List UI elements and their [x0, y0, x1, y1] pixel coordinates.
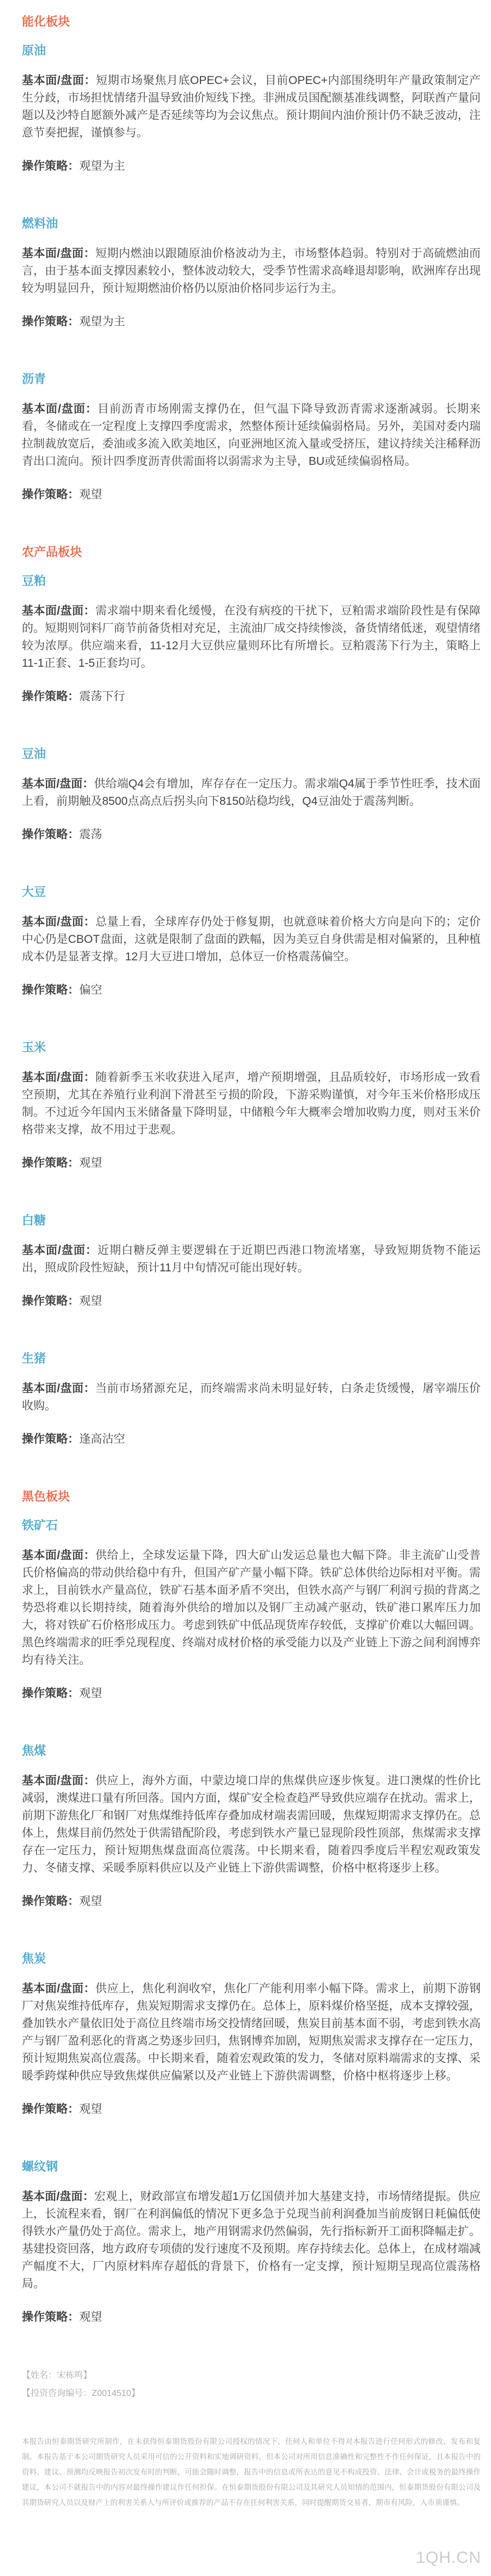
fundamentals-paragraph: 基本面/盘面：随着新季玉米收获进入尾声，增产预期增强，且品质较好，市场形成一致看… [22, 1069, 481, 1139]
author-block: 【姓名：宋栋鸣】 【投资咨询编号：Z0014510】 [22, 2366, 481, 2402]
strategy-value: 观望 [79, 1295, 102, 1307]
report-sections: 能化板块原油基本面/盘面：短期市场聚焦月底OPEC+会议，目前OPEC+内部围绕… [22, 14, 481, 2326]
strategy-line: 操作策略：观望 [22, 1893, 481, 1910]
strategy-label: 操作策略： [22, 690, 79, 703]
strategy-value: 震荡下行 [79, 690, 125, 703]
strategy-label: 操作策略： [22, 1295, 79, 1307]
strategy-line: 操作策略：震荡下行 [22, 688, 481, 706]
strategy-label: 操作策略： [22, 1157, 79, 1169]
fundamentals-paragraph: 基本面/盘面：供应上，焦化利润收窄，焦化厂产能利用率小幅下降。需求上，前期下游钢… [22, 1980, 481, 2085]
strategy-line: 操作策略：观望 [22, 2101, 481, 2118]
sector-block: 农产品板块豆粕基本面/盘面：需求端中期来看化缓慢，在没有病疫的干扰下，豆粕需求端… [22, 544, 481, 1448]
strategy-value: 逢高沽空 [79, 1433, 125, 1445]
strategy-line: 操作策略：观望为主 [22, 158, 481, 175]
strategy-value: 偏空 [79, 984, 102, 996]
commodity-title: 燃料油 [22, 216, 481, 232]
commodity-title: 大豆 [22, 884, 481, 900]
fundamentals-text: 宏观上，财政部宣布增发超1万亿国债并加大基建支持，市场情绪提振。供应上，长流程来… [22, 2190, 481, 2290]
commodity-title: 螺纹钢 [22, 2159, 481, 2175]
commodity-title: 焦煤 [22, 1743, 481, 1759]
fundamentals-paragraph: 基本面/盘面：近期白糖反弹主要逻辑在于近期巴西港口物流堵塞，导致短期货物不能运出… [22, 1242, 481, 1277]
fundamentals-label: 基本面/盘面： [22, 778, 94, 790]
commodity-title: 豆油 [22, 746, 481, 762]
strategy-line: 操作策略：观望 [22, 486, 481, 504]
commodity-title: 沥青 [22, 371, 481, 387]
strategy-label: 操作策略： [22, 315, 79, 328]
strategy-line: 操作策略：偏空 [22, 982, 481, 999]
strategy-value: 震荡 [79, 828, 102, 841]
commodity-title: 白糖 [22, 1212, 481, 1229]
strategy-line: 操作策略：观望为主 [22, 313, 481, 331]
license-number: 【投资咨询编号：Z0014510】 [22, 2384, 481, 2402]
fundamentals-label: 基本面/盘面： [22, 1982, 96, 1995]
strategy-line: 操作策略：逢高沽空 [22, 1431, 481, 1448]
commodity-title: 焦炭 [22, 1951, 481, 1967]
fundamentals-paragraph: 基本面/盘面：供给上，全球发运量下降，四大矿山发运总量也大幅下降。非主流矿山受普… [22, 1547, 481, 1669]
disclaimer-text: 本报告由恒泰期货研究所制作，在未获得恒泰期货股份有限公司授权的情况下，任何人和单… [22, 2434, 481, 2527]
strategy-value: 观望 [79, 2103, 102, 2115]
fundamentals-label: 基本面/盘面： [22, 403, 98, 415]
sector-block: 能化板块原油基本面/盘面：短期市场聚焦月底OPEC+会议，目前OPEC+内部围绕… [22, 14, 481, 504]
sector-title: 能化板块 [22, 14, 481, 30]
fundamentals-label: 基本面/盘面： [22, 1071, 96, 1084]
fundamentals-label: 基本面/盘面： [22, 74, 96, 87]
strategy-label: 操作策略： [22, 1895, 79, 1908]
fundamentals-paragraph: 基本面/盘面：总量上看，全球库存仍处于修复期，也就意味着价格大方向是向下的；定价… [22, 913, 481, 966]
strategy-label: 操作策略： [22, 2103, 79, 2115]
fundamentals-paragraph: 基本面/盘面：宏观上，财政部宣布增发超1万亿国债并加大基建支持，市场情绪提振。供… [22, 2188, 481, 2293]
fundamentals-label: 基本面/盘面： [22, 1774, 96, 1787]
strategy-value: 观望为主 [79, 315, 125, 328]
author-name: 【姓名：宋栋鸣】 [22, 2366, 481, 2384]
site-watermark: 1QH.CN [416, 2549, 481, 2567]
strategy-label: 操作策略： [22, 2311, 79, 2323]
fundamentals-text: 供应上，焦化利润收窄，焦化厂产能利用率小幅下降。需求上，前期下游钢厂对焦炭维持低… [22, 1982, 481, 2082]
fundamentals-text: 供给上，全球发运量下降，四大矿山发运总量也大幅下降。非主流矿山受普氏价格偏高的带… [22, 1549, 481, 1666]
strategy-value: 观望 [79, 1687, 102, 1700]
strategy-value: 观望 [79, 1157, 102, 1169]
fundamentals-label: 基本面/盘面： [22, 1382, 96, 1395]
fundamentals-text: 供应上，海外方面，中蒙边境口岸的焦煤供应逐步恢复。进口澳煤的性价比减弱，澳煤进口… [22, 1774, 481, 1874]
strategy-label: 操作策略： [22, 160, 79, 172]
strategy-line: 操作策略：震荡 [22, 826, 481, 844]
commodity-title: 玉米 [22, 1039, 481, 1056]
strategy-label: 操作策略： [22, 828, 79, 841]
strategy-line: 操作策略：观望 [22, 2309, 481, 2326]
fundamentals-paragraph: 基本面/盘面：短期内燃油以跟随原油价格波动为主，市场整体趋弱。特别对于高硫燃油而… [22, 245, 481, 297]
fundamentals-label: 基本面/盘面： [22, 247, 96, 260]
sector-title: 农产品板块 [22, 544, 481, 560]
strategy-line: 操作策略：观望 [22, 1293, 481, 1310]
strategy-line: 操作策略：观望 [22, 1685, 481, 1702]
fundamentals-paragraph: 基本面/盘面：需求端中期来看化缓慢，在没有病疫的干扰下，豆粕需求端阶段性是有保障… [22, 602, 481, 672]
fundamentals-label: 基本面/盘面： [22, 1549, 96, 1562]
strategy-label: 操作策略： [22, 1433, 79, 1445]
fundamentals-paragraph: 基本面/盘面：供应上，海外方面，中蒙边境口岸的焦煤供应逐步恢复。进口澳煤的性价比… [22, 1772, 481, 1877]
fundamentals-label: 基本面/盘面： [22, 916, 96, 928]
strategy-line: 操作策略：观望 [22, 1155, 481, 1172]
fundamentals-paragraph: 基本面/盘面：目前沥青市场刚需支撑仍在，但气温下降导致沥青需求逐渐减弱。长期来看… [22, 401, 481, 470]
commodity-title: 原油 [22, 43, 481, 59]
commodity-title: 生猪 [22, 1350, 481, 1367]
strategy-label: 操作策略： [22, 488, 79, 501]
strategy-value: 观望 [79, 488, 102, 501]
fundamentals-label: 基本面/盘面： [22, 2190, 94, 2203]
sector-title: 黑色板块 [22, 1489, 481, 1505]
strategy-label: 操作策略： [22, 984, 79, 996]
strategy-value: 观望为主 [79, 160, 125, 172]
sector-block: 黑色板块铁矿石基本面/盘面：供给上，全球发运量下降，四大矿山发运总量也大幅下降。… [22, 1489, 481, 2326]
fundamentals-label: 基本面/盘面： [22, 1244, 98, 1257]
strategy-value: 观望 [79, 2311, 102, 2323]
commodity-title: 豆粕 [22, 573, 481, 589]
report-page: 能化板块原油基本面/盘面：短期市场聚焦月底OPEC+会议，目前OPEC+内部围绕… [0, 0, 491, 2576]
fundamentals-paragraph: 基本面/盘面：短期市场聚焦月底OPEC+会议，目前OPEC+内部围绕明年产量政策… [22, 72, 481, 142]
commodity-title: 铁矿石 [22, 1517, 481, 1534]
fundamentals-label: 基本面/盘面： [22, 605, 96, 617]
fundamentals-paragraph: 基本面/盘面：供给端Q4会有增加，库存存在一定压力。需求端Q4属于季节性旺季，技… [22, 775, 481, 810]
strategy-value: 观望 [79, 1895, 102, 1908]
fundamentals-paragraph: 基本面/盘面：当前市场猪源充足，而终端需求尚未明显好转，白条走货缓慢，屠宰端压价… [22, 1380, 481, 1415]
strategy-label: 操作策略： [22, 1687, 79, 1700]
